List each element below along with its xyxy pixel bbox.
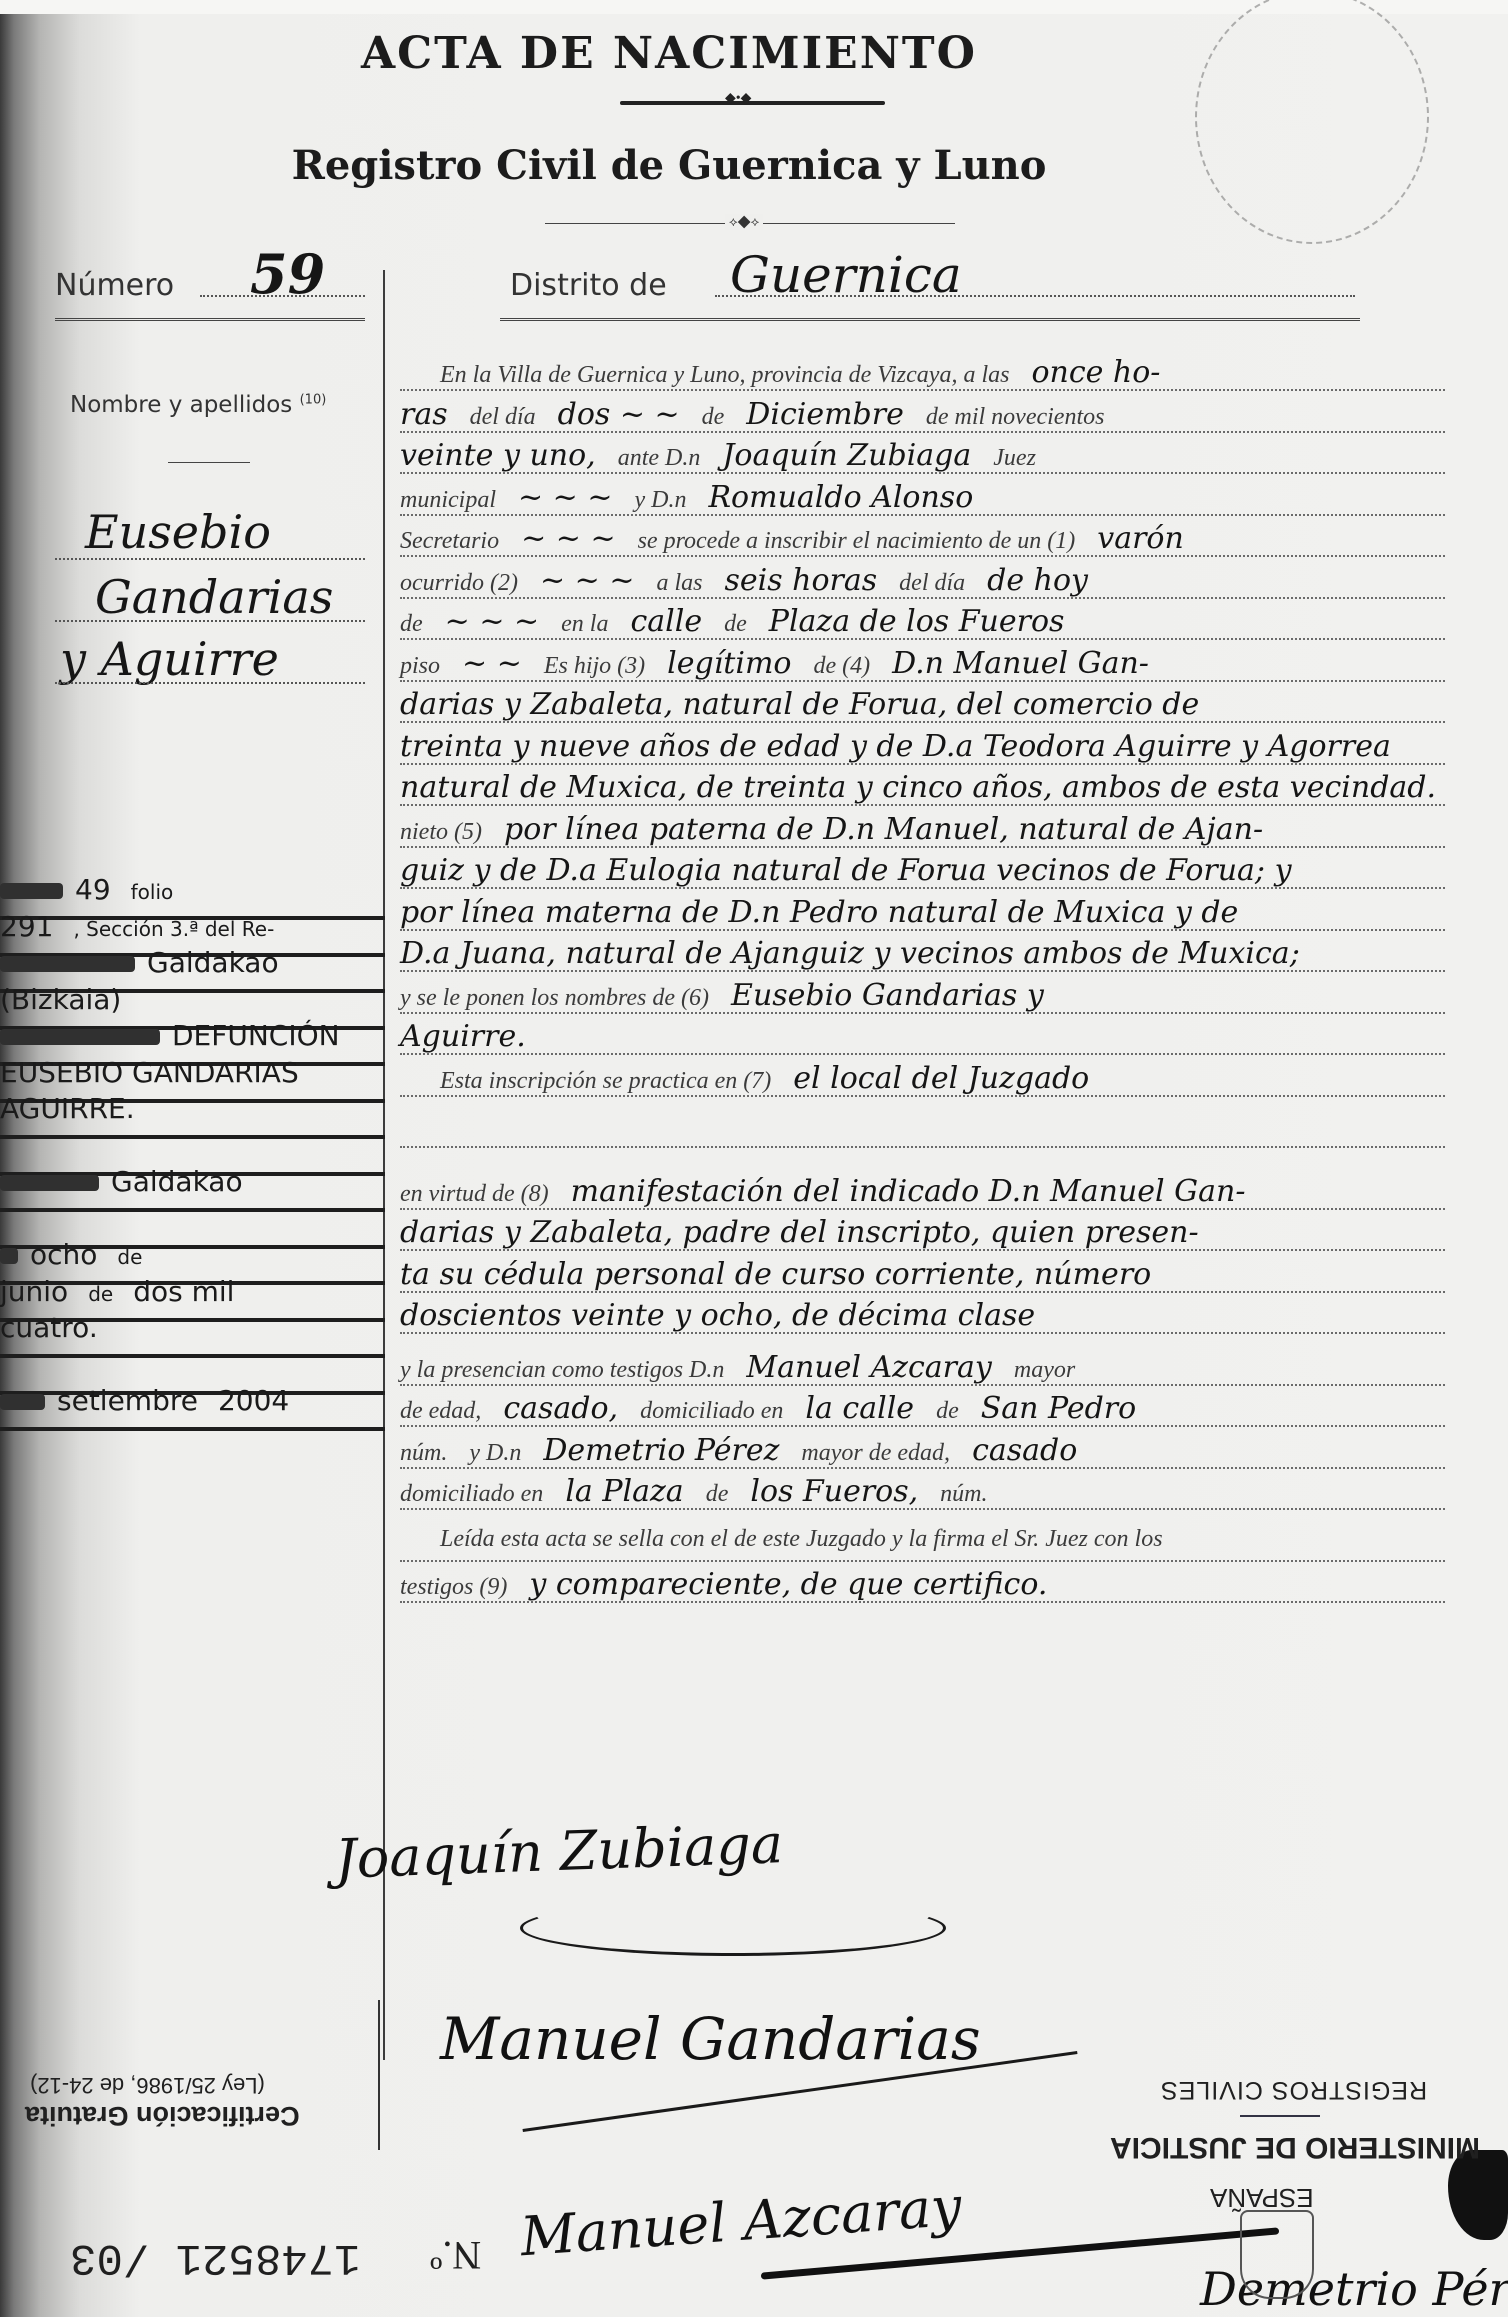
handwritten-entry: casado, — [503, 1391, 618, 1426]
handwritten-entry: legítimo — [667, 646, 791, 681]
body-line: guiz y de D.a Eulogia natural de Forua v… — [400, 853, 1314, 888]
printed-label: de — [936, 1398, 959, 1424]
handwritten-entry: y compareciente, de que certifico. — [529, 1567, 1047, 1602]
certification-free-label: Certificación Gratuita — [25, 2100, 300, 2131]
ministry-rule — [1240, 2115, 1320, 2117]
handwritten-entry: varón — [1097, 521, 1184, 556]
handwritten-entry: por línea materna de D.n Pedro natural d… — [400, 895, 1238, 930]
body-line: Secretario~ ~ ~se procede a inscribir el… — [400, 521, 1206, 556]
signature-declarant: Manuel Gandarias — [440, 2005, 981, 2073]
handwritten-entry: darias y Zabaleta, padre del inscripto, … — [400, 1215, 1199, 1250]
printed-label: testigos (9) — [400, 1574, 507, 1600]
printed-label: de — [706, 1481, 729, 1507]
body-line: Esta inscripción se practica en (7)el lo… — [440, 1061, 1111, 1096]
handwritten-entry: la Plaza — [565, 1474, 683, 1509]
name-dotted-line-2 — [55, 620, 365, 622]
body-line: domiciliado enla Plazadelos Fueros,núm. — [400, 1474, 1010, 1509]
handwritten-entry: natural de Muxica, de treinta y cinco añ… — [400, 770, 1436, 805]
handwritten-entry: ~ ~ ~ — [518, 480, 612, 515]
annotation-value: junio — [0, 1275, 68, 1308]
printed-label: Leída esta acta se sella con el de este … — [440, 1526, 1163, 1552]
signature-flourish-icon — [520, 1900, 946, 1956]
printed-label: Juez — [993, 445, 1036, 471]
handwritten-entry: doscientos veinte y ocho, de décima clas… — [400, 1298, 1035, 1333]
ornament-divider-small-icon — [545, 223, 955, 224]
body-line: rasdel díados ~ ~deDiciembrede mil novec… — [400, 397, 1126, 432]
printed-label: domiciliado en — [640, 1398, 783, 1424]
handwritten-entry: ~ ~ ~ — [445, 604, 539, 639]
annotation-value: dos mil — [133, 1275, 234, 1308]
handwritten-entry: Aguirre. — [400, 1019, 526, 1054]
annotation-value: AGUIRRE. — [0, 1092, 135, 1125]
body-line: de~ ~ ~en lacalledePlaza de los Fueros — [400, 604, 1086, 639]
printed-label: y la presencian como testigos D.n — [400, 1357, 724, 1383]
printed-label: Secretario — [400, 528, 499, 554]
body-line: ocurrido (2)~ ~ ~a lasseis horasdel díad… — [400, 563, 1110, 598]
body-line: darias y Zabaleta, padre del inscripto, … — [400, 1215, 1221, 1250]
handwritten-entry: manifestación del indicado D.n Manuel Ga… — [571, 1174, 1246, 1209]
printed-label: del día — [899, 570, 965, 596]
child-name-line-1: Eusebio — [85, 505, 271, 559]
handwritten-entry: Romualdo Alonso — [708, 480, 973, 515]
handwritten-entry: Joaquín Zubiaga — [722, 438, 971, 473]
annotation-label: de — [117, 1245, 142, 1269]
printed-label: y D.n — [469, 1440, 521, 1466]
annotation-value: EUSEBIO GANDARIAS — [0, 1056, 299, 1089]
handwritten-entry: calle — [630, 604, 702, 639]
handwritten-entry: Demetrio Pérez — [543, 1433, 779, 1468]
body-line: En la Villa de Guernica y Luno, provinci… — [440, 355, 1182, 390]
handwritten-entry: ~ ~ ~ — [521, 521, 615, 556]
distrito-underline — [500, 318, 1360, 321]
printed-label: nieto (5) — [400, 819, 482, 845]
child-name-line-3: y Aguirre — [60, 632, 279, 686]
handwritten-entry: San Pedro — [981, 1391, 1137, 1426]
handwritten-entry: ~ ~ — [462, 646, 522, 681]
annotation-value: Galdakao — [111, 1165, 243, 1198]
printed-label: ante D.n — [618, 445, 701, 471]
handwritten-entry: treinta y nueve años de edad y de D.a Te… — [400, 729, 1391, 764]
body-line: nieto (5)por línea paterna de D.n Manuel… — [400, 812, 1285, 847]
distrito-label: Distrito de — [510, 268, 667, 303]
body-line: por línea materna de D.n Pedro natural d… — [400, 895, 1260, 930]
espana-label: ESPAÑA — [1210, 2182, 1314, 2213]
printed-label: En la Villa de Guernica y Luno, provinci… — [440, 362, 1009, 388]
printed-label: y se le ponen los nombres de (6) — [400, 985, 709, 1011]
body-line: Aguirre. — [400, 1019, 548, 1054]
redacted-label — [0, 1175, 99, 1191]
body-line: en virtud de (8)manifestación del indica… — [400, 1174, 1268, 1209]
annotation-value: 49 — [75, 873, 111, 906]
annotation-value: setiembre — [57, 1384, 198, 1417]
handwritten-entry: el local del Juzgado — [793, 1061, 1089, 1096]
body-line: D.a Juana, natural de Ajanguiz y vecinos… — [400, 936, 1322, 971]
printed-label: núm. — [940, 1481, 987, 1507]
body-line: piso~ ~Es hijo (3)legítimode (4)D.n Manu… — [400, 646, 1171, 681]
handwritten-entry: Plaza de los Fueros — [769, 604, 1065, 639]
handwritten-entry: Diciembre — [746, 397, 904, 432]
handwritten-entry: veinte y uno, — [400, 438, 596, 473]
handwritten-entry: guiz y de D.a Eulogia natural de Forua v… — [400, 853, 1292, 888]
body-line: Leída esta acta se sella con el de este … — [440, 1526, 1185, 1553]
printed-label: del día — [470, 404, 536, 430]
serial-prefix: N.º — [430, 2232, 481, 2279]
name-ornament-icon — [168, 462, 250, 463]
handwritten-entry: la calle — [805, 1391, 914, 1426]
body-dotted-line — [400, 1146, 1445, 1148]
footer-column-divider — [378, 2000, 380, 2150]
nombre-note: (10) — [300, 392, 327, 407]
numero-value: 59 — [250, 242, 325, 306]
redacted-label — [0, 1029, 160, 1045]
body-line: y la presencian como testigos D.nManuel … — [400, 1350, 1097, 1385]
distrito-dotted-line — [715, 295, 1355, 297]
registros-civiles-label: REGISTROS CIVILES — [1160, 2075, 1427, 2104]
handwritten-entry: D.n Manuel Gan- — [892, 646, 1149, 681]
annotation-value: 291 — [0, 910, 53, 943]
annotation-line: setiembre2004 — [0, 1383, 385, 1431]
printed-label: ocurrido (2) — [400, 570, 518, 596]
printed-label: de (4) — [813, 653, 870, 679]
annotation-value: (Bizkaia) — [0, 983, 121, 1016]
body-line: natural de Muxica, de treinta y cinco añ… — [400, 770, 1458, 805]
redacted-label — [0, 1248, 18, 1264]
printed-label: de — [400, 611, 423, 637]
numero-underline — [55, 318, 365, 321]
registry-subtitle: Registro Civil de Guernica y Luno — [0, 142, 1423, 189]
printed-label: Esta inscripción se practica en (7) — [440, 1068, 771, 1094]
body-line: núm.y D.nDemetrio Pérezmayor de edad,cas… — [400, 1433, 1099, 1468]
body-line: y se le ponen los nombres de (6)Eusebio … — [400, 978, 1066, 1013]
annotation-value: ocho — [30, 1238, 97, 1271]
body-dotted-line — [400, 1053, 1445, 1055]
body-line: ta su cédula personal de curso corriente… — [400, 1257, 1173, 1292]
coat-of-arms-icon — [1240, 2210, 1314, 2299]
body-line: testigos (9)y compareciente, de que cert… — [400, 1567, 1069, 1602]
printed-label: mayor — [1014, 1357, 1075, 1383]
annotation-label: folio — [131, 880, 174, 904]
annotation-value: DEFUNCIÓN — [172, 1019, 340, 1052]
child-name-line-2: Gandarias — [95, 570, 333, 624]
printed-label: de mil novecientos — [926, 404, 1105, 430]
handwritten-entry: Manuel Azcaray — [746, 1350, 991, 1385]
printed-label: piso — [400, 653, 440, 679]
printed-label: de edad, — [400, 1398, 481, 1424]
document-title: ACTA DE NACIMIENTO — [0, 28, 1423, 79]
printed-label: domiciliado en — [400, 1481, 543, 1507]
handwritten-entry: por línea paterna de D.n Manuel, natural… — [504, 812, 1263, 847]
annotation-value: cuatro. — [0, 1311, 98, 1344]
redacted-label — [0, 956, 135, 972]
printed-label: en virtud de (8) — [400, 1181, 549, 1207]
printed-label: y D.n — [634, 487, 686, 513]
nombre-label-text: Nombre y apellidos — [70, 392, 292, 418]
handwritten-entry: darias y Zabaleta, natural de Forua, del… — [400, 687, 1199, 722]
handwritten-entry: dos ~ ~ — [558, 397, 680, 432]
printed-label: Es hijo (3) — [544, 653, 645, 679]
handwritten-entry: ~ ~ ~ — [540, 563, 634, 598]
body-line: municipal~ ~ ~y D.nRomualdo Alonso — [400, 480, 995, 515]
handwritten-entry: de hoy — [987, 563, 1088, 598]
annotation-label: , Sección 3.ª del Re- — [73, 917, 274, 941]
handwritten-entry: seis horas — [724, 563, 877, 598]
nombre-apellidos-label: Nombre y apellidos (10) — [70, 392, 326, 418]
printed-label: en la — [561, 611, 608, 637]
handwritten-entry: D.a Juana, natural de Ajanguiz y vecinos… — [400, 936, 1300, 971]
numero-label: Número — [55, 268, 174, 303]
annotation-value: Galdakao — [147, 946, 279, 979]
body-line: treinta y nueve años de edad y de D.a Te… — [400, 729, 1413, 764]
body-line: veinte y uno,ante D.nJoaquín ZubiagaJuez — [400, 438, 1058, 473]
ornament-divider-icon — [620, 101, 885, 105]
redacted-label — [0, 883, 63, 899]
handwritten-entry: Eusebio Gandarias y — [731, 978, 1044, 1013]
name-dotted-line-1 — [55, 558, 365, 560]
printed-label: municipal — [400, 487, 496, 513]
body-line: de edad,casado,domiciliado enla calledeS… — [400, 1391, 1158, 1426]
serial-number: 1748521 /03 — [70, 2232, 360, 2282]
printed-label: se procede a inscribir el nacimiento de … — [638, 528, 1076, 554]
annotation-value: 2004 — [218, 1384, 289, 1417]
handwritten-entry: once ho- — [1031, 355, 1160, 390]
handwritten-entry: casado — [972, 1433, 1077, 1468]
printed-label: de — [724, 611, 747, 637]
printed-label: mayor de edad, — [801, 1440, 950, 1466]
printed-label: de — [702, 404, 725, 430]
ministerio-justicia-label: MINISTERIO DE JUSTICIA — [1110, 2130, 1480, 2164]
handwritten-entry: ta su cédula personal de curso corriente… — [400, 1257, 1151, 1292]
redacted-label — [0, 1394, 45, 1410]
body-dotted-line — [400, 1560, 1445, 1562]
printed-label: a las — [656, 570, 702, 596]
printed-label: núm. — [400, 1440, 447, 1466]
handwritten-entry: los Fueros, — [750, 1474, 918, 1509]
name-dotted-line-3 — [55, 682, 365, 684]
annotation-label: de — [88, 1282, 113, 1306]
handwritten-entry: ras — [400, 397, 448, 432]
body-line: darias y Zabaleta, natural de Forua, del… — [400, 687, 1221, 722]
body-line: doscientos veinte y ocho, de décima clas… — [400, 1298, 1057, 1333]
law-reference: (Ley 25/1986, de 24-12) — [30, 2072, 265, 2098]
